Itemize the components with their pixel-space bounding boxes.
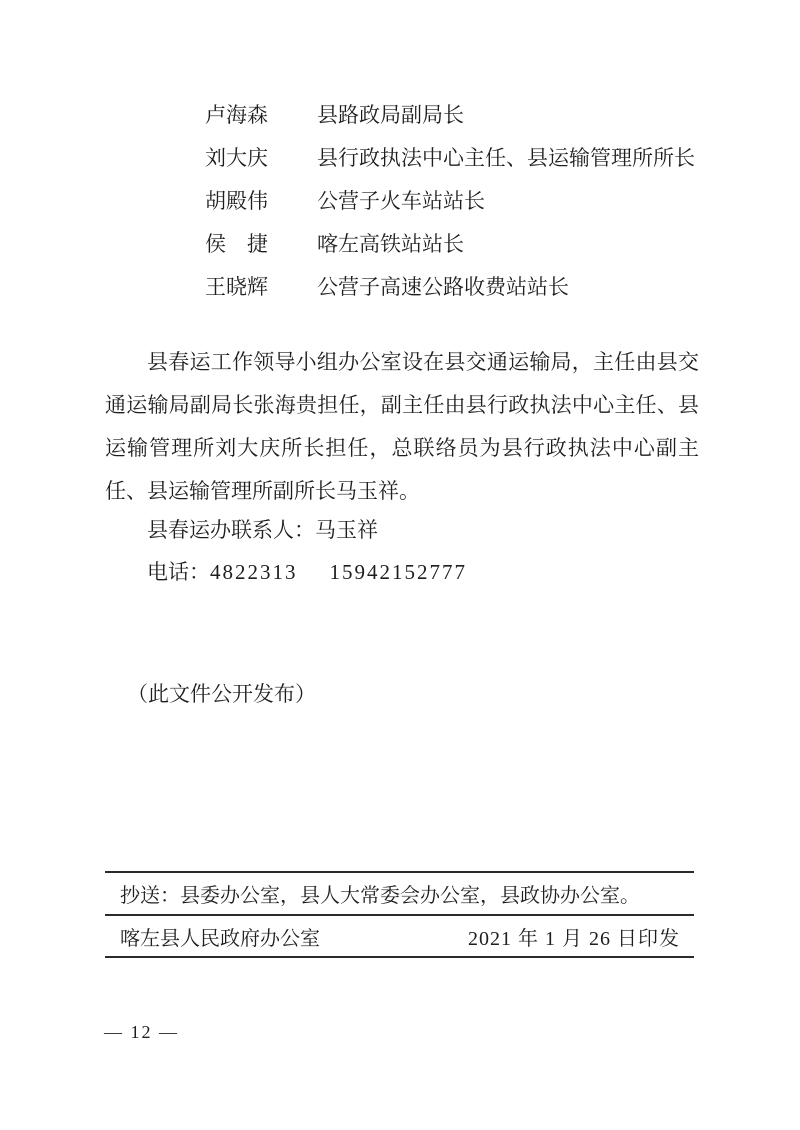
roster-member-title: 县路政局副局长 — [317, 103, 464, 127]
phone-number-mobile: 15942152777 — [330, 560, 468, 584]
roster-member-name: 侯 捷 — [205, 223, 317, 266]
phone-number-office: 4822313 — [210, 560, 298, 584]
roster-member-name: 胡殿伟 — [205, 180, 317, 223]
contact-person-line: 县春运办联系人：马玉祥 — [147, 509, 378, 552]
roster-member-title: 县行政执法中心主任、县运输管理所所长 — [317, 146, 695, 170]
issuer-row: 喀左县人民政府办公室 2021 年 1 月 26 日印发 — [120, 927, 680, 951]
roster-member-title: 喀左高铁站站长 — [317, 232, 464, 256]
phone-label: 电话： — [147, 560, 210, 584]
roster-member-title: 公营子火车站站长 — [317, 189, 485, 213]
roster-member-title: 公营子高速公路收费站站长 — [317, 275, 569, 299]
roster-member-name: 卢海森 — [205, 94, 317, 137]
body-paragraph: 县春运工作领导小组办公室设在县交通运输局，主任由县交通运输局副局长张海贵担任，副… — [105, 341, 699, 513]
roster-member-name: 刘大庆 — [205, 137, 317, 180]
public-release-note: （此文件公开发布） — [127, 673, 316, 716]
footer-rule-middle — [105, 914, 694, 916]
leadership-roster: 卢海森县路政局副局长 刘大庆县行政执法中心主任、县运输管理所所长 胡殿伟公营子火… — [205, 94, 695, 309]
document-page: 卢海森县路政局副局长 刘大庆县行政执法中心主任、县运输管理所所长 胡殿伟公营子火… — [0, 0, 800, 1130]
roster-row: 王晓辉公营子高速公路收费站站长 — [205, 266, 695, 309]
page-number: — 12 — — [104, 1021, 179, 1043]
issuer-name: 喀左县人民政府办公室 — [120, 927, 320, 951]
roster-row: 侯 捷喀左高铁站站长 — [205, 223, 695, 266]
footer-rule-bottom — [105, 956, 694, 958]
roster-row: 卢海森县路政局副局长 — [205, 94, 695, 137]
roster-member-name: 王晓辉 — [205, 266, 317, 309]
roster-row: 刘大庆县行政执法中心主任、县运输管理所所长 — [205, 137, 695, 180]
footer-rule-top — [105, 871, 694, 873]
roster-row: 胡殿伟公营子火车站站长 — [205, 180, 695, 223]
phone-line: 电话：482231315942152777 — [147, 551, 467, 594]
print-date: 2021 年 1 月 26 日印发 — [468, 927, 680, 951]
cc-line: 抄送：县委办公室，县人大常委会办公室，县政协办公室。 — [120, 884, 640, 908]
